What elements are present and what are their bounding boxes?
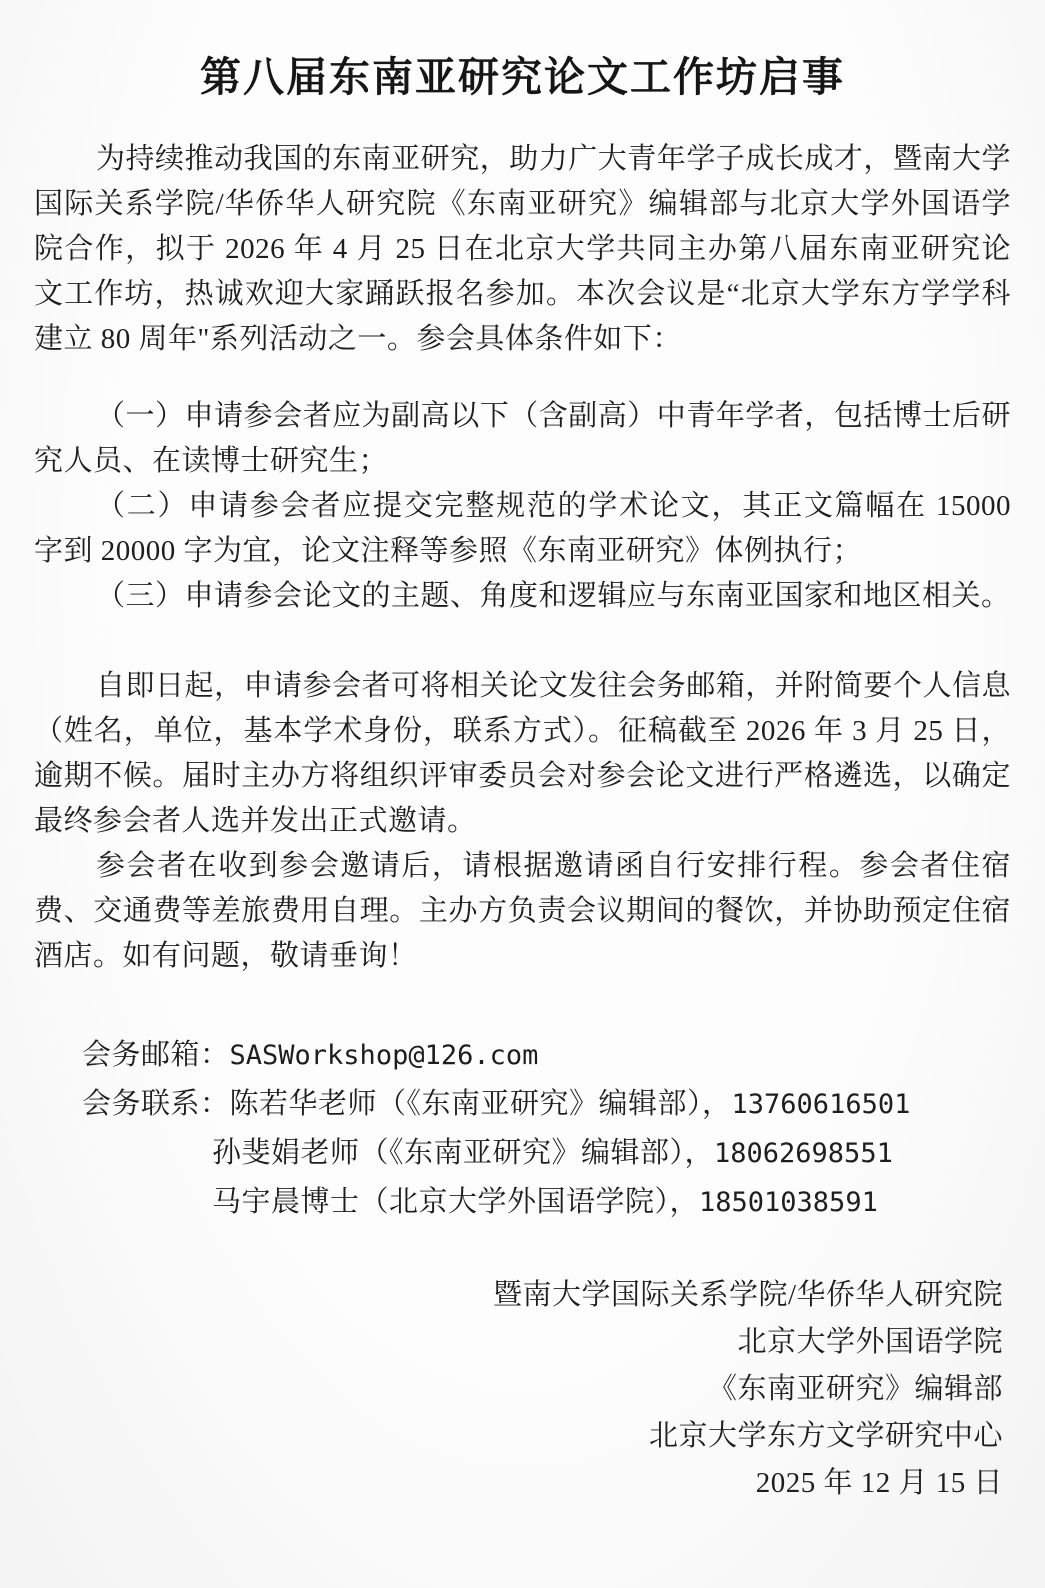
liaison-name: 孙斐娟老师（《东南亚研究》编辑部）， bbox=[212, 1137, 714, 1169]
submission-paragraph: 自即日起，申请参会者可将相关论文发往会务邮箱，并附简要个人信息（姓名，单位，基本… bbox=[34, 664, 1011, 844]
conditions-list: （一）申请参会者应为副高以下（含副高）中青年学者，包括博士后研究人员、在读博士研… bbox=[34, 394, 1011, 619]
liaison-phone: 13760616501 bbox=[732, 1089, 911, 1120]
signature-block: 暨南大学国际关系学院/华侨华人研究院 北京大学外国语学院 《东南亚研究》编辑部 … bbox=[34, 1272, 1011, 1507]
signature-date: 2025 年 12 月 15 日 bbox=[34, 1460, 1003, 1507]
liaison-line-1: 会务联系：陈若华老师（《东南亚研究》编辑部），13760616501 bbox=[34, 1080, 1011, 1129]
signature-line-3: 《东南亚研究》编辑部 bbox=[34, 1366, 1003, 1413]
email-address: SASWorkshop@126.com bbox=[230, 1040, 539, 1071]
condition-item-2: （二）申请参会者应提交完整规范的学术论文，其正文篇幅在 15000 字到 200… bbox=[34, 484, 1011, 574]
signature-line-1: 暨南大学国际关系学院/华侨华人研究院 bbox=[34, 1272, 1003, 1319]
liaison-name: 马宇晨博士（北京大学外国语学院）， bbox=[212, 1186, 699, 1218]
liaison-name: 陈若华老师（《东南亚研究》编辑部）， bbox=[230, 1088, 732, 1120]
document-page: 第八届东南亚研究论文工作坊启事 为持续推动我国的东南亚研究，助力广大青年学子成长… bbox=[0, 0, 1045, 1588]
liaison-line-3: 马宇晨博士（北京大学外国语学院），18501038591 bbox=[34, 1178, 1011, 1227]
condition-item-1: （一）申请参会者应为副高以下（含副高）中青年学者，包括博士后研究人员、在读博士研… bbox=[34, 394, 1011, 484]
intro-paragraph: 为持续推动我国的东南亚研究，助力广大青年学子成长成才，暨南大学国际关系学院/华侨… bbox=[34, 137, 1011, 362]
liaison-phone: 18501038591 bbox=[699, 1187, 878, 1218]
liaison-label: 会务联系： bbox=[82, 1088, 230, 1120]
contact-block: 会务邮箱：SASWorkshop@126.com 会务联系：陈若华老师（《东南亚… bbox=[34, 1031, 1011, 1227]
document-title: 第八届东南亚研究论文工作坊启事 bbox=[34, 0, 1011, 103]
liaison-line-2: 孙斐娟老师（《东南亚研究》编辑部），18062698551 bbox=[34, 1129, 1011, 1178]
condition-item-3: （三）申请参会论文的主题、角度和逻辑应与东南亚国家和地区相关。 bbox=[34, 574, 1011, 619]
liaison-phone: 18062698551 bbox=[714, 1138, 893, 1169]
signature-line-2: 北京大学外国语学院 bbox=[34, 1319, 1003, 1366]
email-label: 会务邮箱： bbox=[82, 1039, 230, 1071]
email-line: 会务邮箱：SASWorkshop@126.com bbox=[34, 1031, 1011, 1080]
signature-line-4: 北京大学东方文学研究中心 bbox=[34, 1413, 1003, 1460]
logistics-paragraph: 参会者在收到参会邀请后，请根据邀请函自行安排行程。参会者住宿费、交通费等差旅费用… bbox=[34, 844, 1011, 979]
